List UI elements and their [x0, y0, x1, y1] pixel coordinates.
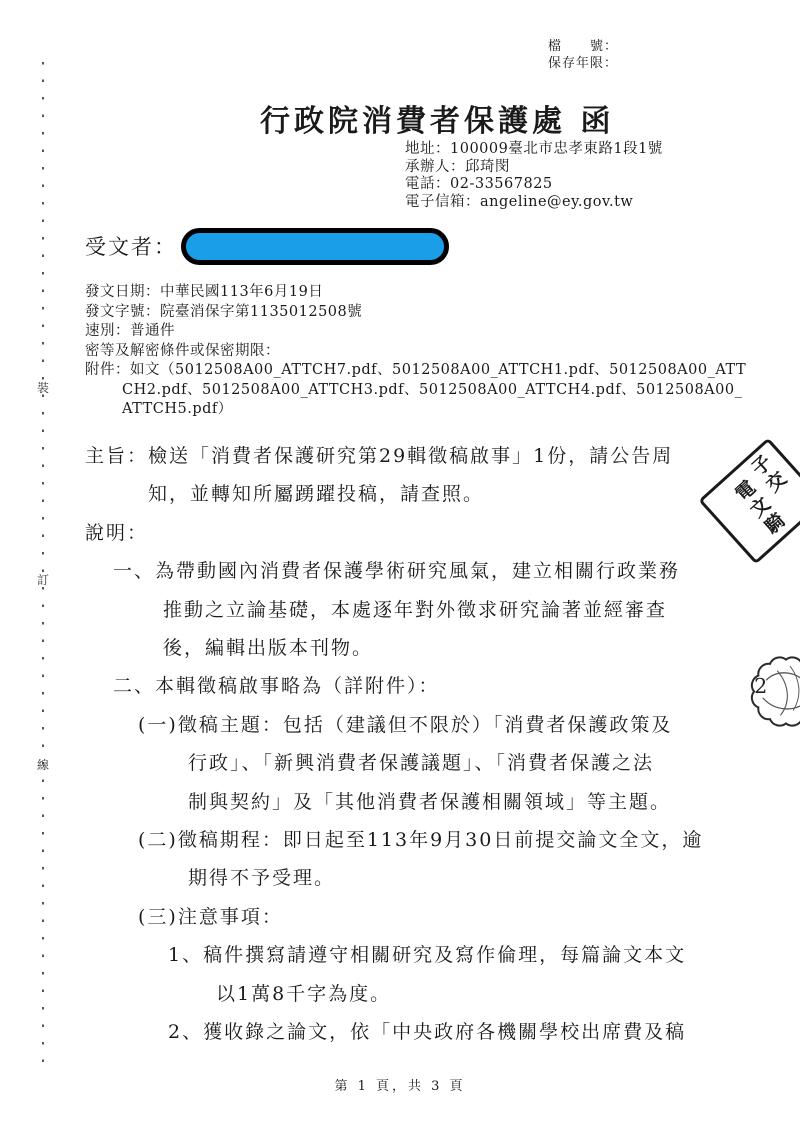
body-line: 2、獲收錄之論文，依「中央政府各機關學校出席費及稿 [0, 1013, 760, 1051]
body-line: 後，編輯出版本刊物。 [0, 629, 760, 667]
official-letter-page: 裝 訂 線 檔 號： 保存年限： 行政院消費者保護處 函 地址：100009臺北… [0, 0, 800, 1131]
seal-guilloche-line [763, 698, 800, 709]
binding-mark-zhuang: 裝 [34, 382, 52, 394]
sender-email: 電子信箱：angeline@ey.gov.tw [405, 194, 663, 212]
file-number-block: 檔 號： 保存年限： [548, 38, 618, 72]
body-line: (二)徵稿期程：即日起至113年9月30日前提交論文全文，逾 [0, 821, 760, 859]
recipient-redaction-box [181, 228, 449, 265]
document-meta-block: 發文日期：中華民國113年6月19日 發文字號：院臺消保字第1135012508… [85, 283, 750, 420]
body-line: 期得不予受理。 [0, 859, 760, 897]
attachment-list: 附件：如文（5012508A00_ATTCH7.pdf、5012508A00_A… [85, 361, 750, 420]
sender-info-block: 地址：100009臺北市忠孝東路1段1號 承辦人：邱琦閔 電話：02-33567… [405, 141, 663, 211]
body-line: 行政」、「新興消費者保護議題」、「消費者保護之法 [0, 744, 760, 782]
body-line: 二、本輯徵稿啟事略為（詳附件）： [0, 667, 760, 705]
recipient-row: 受文者： [85, 227, 449, 265]
body-line: (三)注意事項： [0, 898, 760, 936]
recipient-label: 受文者： [85, 231, 177, 261]
body-line: 一、為帶動國內消費者保護學術研究風氣，建立相關行政業務 [0, 552, 760, 590]
document-number: 發文字號：院臺消保字第1135012508號 [85, 303, 750, 323]
sender-address: 地址：100009臺北市忠孝東路1段1號 [405, 141, 663, 159]
body-line: 1、稿件撰寫請遵守相關研究及寫作倫理，每篇論文本文 [0, 936, 760, 974]
issue-date: 發文日期：中華民國113年6月19日 [85, 283, 750, 303]
subject-line-cont: 知，並轉知所屬踴躍投稿，請查照。 [0, 475, 760, 513]
seal-page-number: 2 [754, 674, 767, 698]
priority-level: 速別：普通件 [85, 322, 750, 342]
retention-period-label: 保存年限： [548, 55, 618, 72]
sender-contact-person: 承辦人：邱琦閔 [405, 159, 663, 177]
sender-phone: 電話：02-33567825 [405, 176, 663, 194]
body-line: 制與契約」及「其他消費者保護相關領域」等主題。 [0, 783, 760, 821]
subject-line: 主旨：檢送「消費者保護研究第29輯徵稿啟事」1份，請公告周 [0, 437, 760, 475]
document-title: 行政院消費者保護處 函 [260, 96, 614, 140]
letter-body: 主旨：檢送「消費者保護研究第29輯徵稿啟事」1份，請公告周 知，並轉知所屬踴躍投… [0, 437, 760, 1052]
page-footer: 第 1 頁，共 3 頁 [0, 1075, 800, 1094]
body-line: (一)徵稿主題：包括（建議但不限於）「消費者保護政策及 [0, 706, 760, 744]
seal-guilloche-line [790, 666, 799, 711]
body-line: 推動之立論基礎，本處逐年對外徵求研究論著並經審查 [0, 591, 760, 629]
security-classification: 密等及解密條件或保密期限： [85, 342, 750, 362]
body-line: 以1萬8千字為度。 [0, 975, 760, 1013]
page-joint-seal: 2 [742, 650, 800, 733]
file-number-label: 檔 號： [548, 38, 618, 55]
explanation-heading: 說明： [0, 514, 760, 552]
